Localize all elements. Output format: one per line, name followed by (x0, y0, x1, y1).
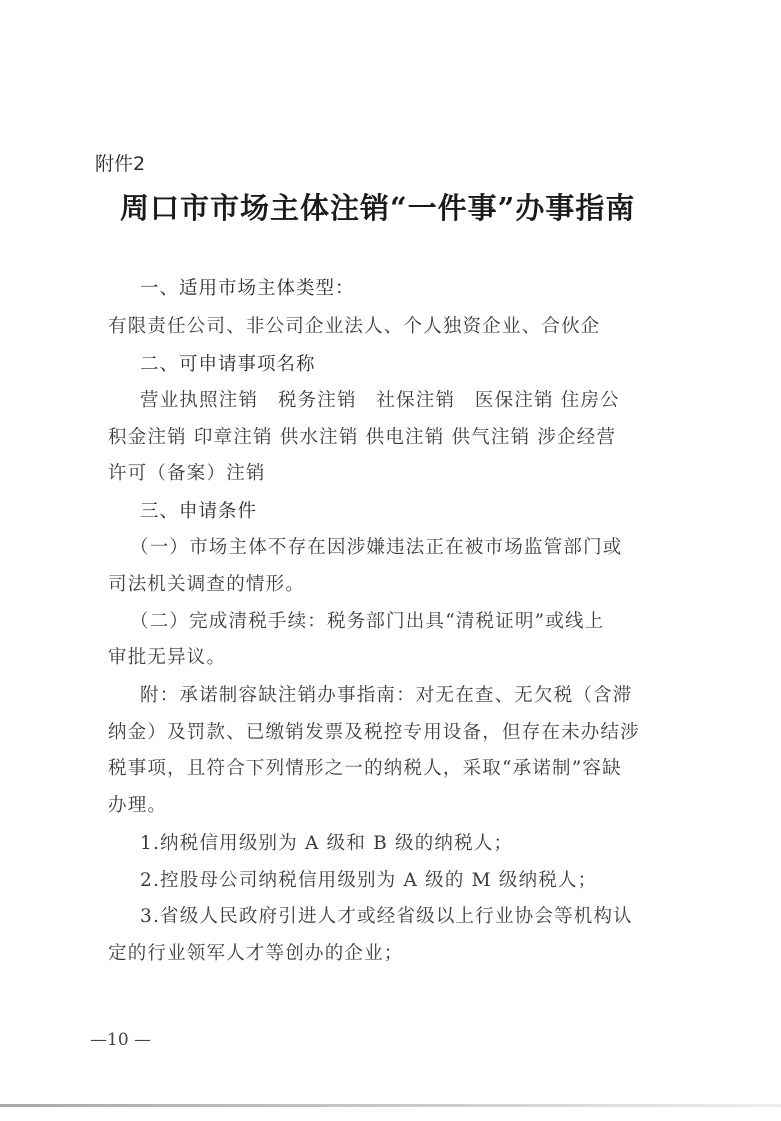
list-item-1: 1.纳税信用级别为 A 级和 B 级的纳税人； (140, 829, 513, 855)
section2-line-2: 积金注销 印章注销 供水注销 供电注销 供气注销 涉企经营 (108, 423, 616, 449)
page-number: —10 — (90, 1030, 151, 1050)
section3-heading: 三、申请条件 (140, 497, 257, 523)
page-bottom-rule (0, 1104, 781, 1107)
condition1-line-1: （一）市场主体不存在因涉嫌违法正在被市场监管部门或 (130, 533, 623, 559)
condition2-line-2: 审批无异议。 (108, 643, 226, 669)
appendix-line-3: 税事项，且符合下列情形之一的纳税人，采取“承诺制”容缺 (108, 754, 622, 780)
appendix-line-2: 纳金）及罚款、已缴销发票及税控专用设备，但存在未办结涉 (108, 718, 640, 744)
section1-line-1: 有限责任公司、非公司企业法人、个人独资企业、合伙企 (108, 312, 601, 338)
condition2-line-1: （二）完成清税手续：税务部门出具“清税证明”或线上 (130, 607, 604, 633)
section1-heading: 一、适用市场主体类型： (140, 274, 355, 300)
section2-line-1: 营业执照注销 税务注销 社保注销 医保注销 住房公 (140, 386, 620, 412)
section2-line-3: 许可（备案）注销 (108, 459, 266, 485)
document-title: 周口市市场主体注销“一件事”办事指南 (120, 186, 635, 227)
list-item-2: 2.控股母公司纳税信用级别为 A 级的 M 级纳税人； (140, 866, 597, 892)
condition1-line-2: 司法机关调查的情形。 (108, 570, 305, 596)
list-item-3-line-1: 3.省级人民政府引进人才或经省级以上行业协会等机构认 (140, 902, 633, 928)
section2-heading: 二、可申请事项名称 (140, 350, 316, 376)
appendix-line-1: 附：承诺制容缺注销办事指南：对无在查、无欠税（含滞 (140, 681, 633, 707)
list-item-3-line-2: 定的行业领军人才等创办的企业； (108, 939, 404, 965)
appendix-line-4: 办理。 (108, 791, 167, 817)
attachment-label: 附件2 (95, 149, 145, 176)
